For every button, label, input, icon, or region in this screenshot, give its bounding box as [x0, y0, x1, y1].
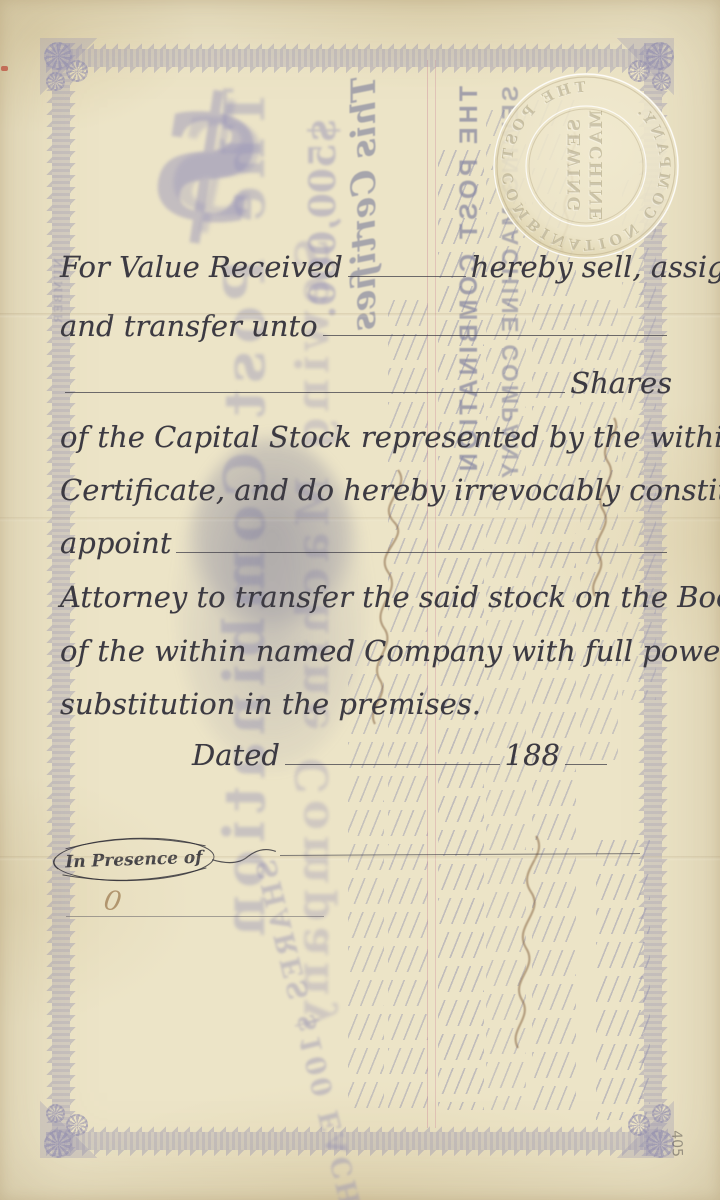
- line2-text: and transfer unto: [60, 309, 318, 343]
- line7-text: Attorney to transfer the said stock on t…: [60, 580, 720, 614]
- line1-suffix: hereby sell, assign,: [471, 250, 720, 284]
- line8-text: of the within named Company with full po…: [60, 634, 720, 668]
- dated-year-prefix: 188: [505, 738, 560, 772]
- form-line-6: appoint: [60, 526, 672, 560]
- line3-suffix: Shares: [570, 366, 672, 400]
- blank-transferee-name: [323, 335, 667, 336]
- blank-dated-year-digit: [565, 764, 607, 765]
- blank-attorney-name: [176, 552, 667, 553]
- witness-block: In Presence of: [46, 824, 286, 894]
- form-line-8: of the within named Company with full po…: [60, 634, 672, 668]
- form-line-3: Shares: [60, 366, 672, 400]
- seal-center-line2: MACHINE: [587, 110, 607, 222]
- form-line-1: For Value Received hereby sell, assign,: [60, 250, 672, 284]
- line5-text: Certificate, and do hereby irrevocably c…: [60, 473, 720, 507]
- witness-label: In Presence of: [64, 848, 206, 873]
- form-line-5: Certificate, and do hereby irrevocably c…: [60, 473, 672, 507]
- blank-dated-day: [285, 764, 500, 765]
- form-line-2: and transfer unto: [60, 309, 672, 343]
- form-line-4: of the Capital Stock represented by the …: [60, 420, 672, 454]
- form-line-7: Attorney to transfer the said stock on t…: [60, 580, 672, 614]
- line1-prefix: For Value Received: [60, 250, 343, 284]
- line9-text: substitution in the premises.: [60, 687, 481, 721]
- blank-assignee-initials: [348, 276, 466, 277]
- form-line-9: substitution in the premises.: [60, 687, 672, 721]
- line4-text: of the Capital Stock represented by the …: [60, 420, 720, 454]
- embossed-seal: THE POST COMBINATION COMPANY. SEWING MAC…: [488, 68, 684, 264]
- pencil-catalog-number: 405: [668, 1130, 685, 1157]
- dated-label: Dated: [192, 738, 280, 772]
- red-edge-mark: [1, 66, 8, 71]
- blank-shares-count: [65, 392, 565, 393]
- seal-center-line1: SEWING: [565, 119, 585, 213]
- line6-prefix: appoint: [60, 526, 171, 560]
- witness-signature-line-2: [66, 916, 324, 917]
- form-dated-line: Dated 188: [192, 738, 612, 772]
